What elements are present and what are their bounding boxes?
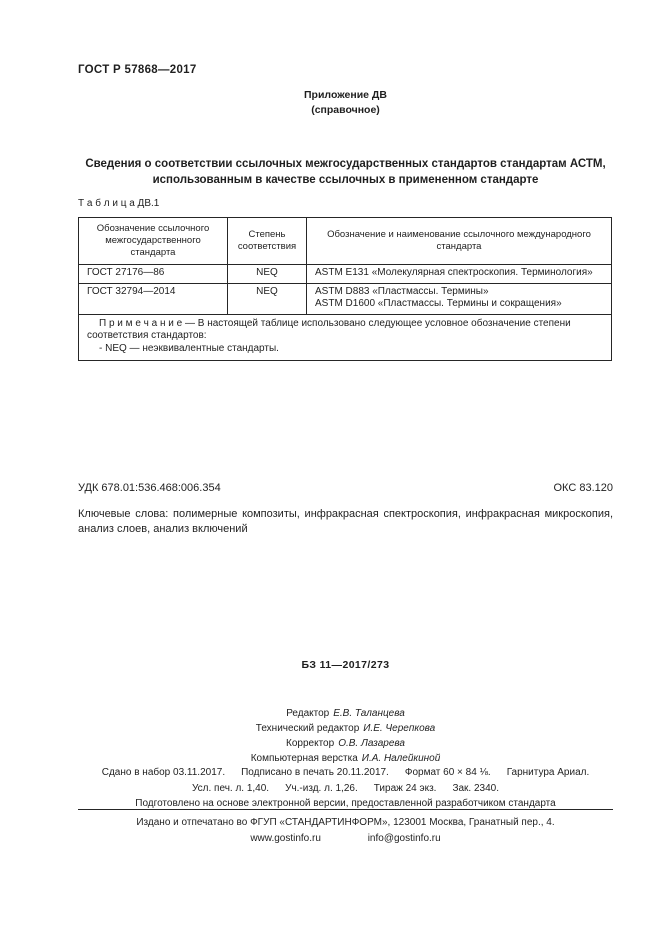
note-intro: П р и м е ч а н и е — В настоящей таблиц…	[87, 318, 603, 343]
oks-code: ОКС 83.120	[554, 482, 614, 494]
credit-line: КорректорО.В. Лазарева	[78, 736, 613, 751]
imprint-order-number: Зак. 2340.	[452, 781, 499, 797]
appendix-label: Приложение ДВ	[78, 88, 613, 103]
imprint-line-2: Усл. печ. л. 1,40.Уч.-изд. л. 1,26.Тираж…	[78, 781, 613, 797]
gost-standard-cell: ГОСТ 32794—2014	[79, 283, 228, 314]
col-header-degree: Степень соответствия	[228, 218, 307, 265]
imprint-line-1: Сдано в набор 03.11.2017.Подписано в печ…	[78, 765, 613, 781]
imprint-pub-sheets: Уч.-изд. л. 1,26.	[285, 781, 358, 797]
document-page: ГОСТ Р 57868—2017 Приложение ДВ (справоч…	[0, 0, 661, 936]
classification-row: УДК 678.01:536.468:006.354 ОКС 83.120	[78, 482, 613, 494]
credit-role: Редактор	[286, 708, 329, 719]
credit-name: О.В. Лазарева	[338, 738, 405, 749]
credit-name: И.Е. Черепкова	[363, 723, 435, 734]
email: info@gostinfo.ru	[368, 833, 441, 844]
astm-standard-cell: ASTM D883 «Пластмассы. Термины» ASTM D16…	[307, 283, 612, 314]
table-header-row: Обозначение ссылочного межгосударственно…	[79, 218, 612, 265]
astm-standard-cell: ASTM E131 «Молекулярная спектроскопия. Т…	[307, 265, 612, 284]
table-note-row: П р и м е ч а н и е — В настоящей таблиц…	[79, 314, 612, 361]
table-caption: Т а б л и ц а ДВ.1	[78, 198, 159, 209]
credit-role: Корректор	[286, 738, 334, 749]
imprint-circulation: Тираж 24 экз.	[374, 781, 437, 797]
publisher-line: Издано и отпечатано во ФГУП «СТАНДАРТИНФ…	[78, 817, 613, 828]
astm-entry: ASTM E131 «Молекулярная спектроскопия. Т…	[315, 267, 603, 280]
col-header-international-standard: Обозначение и наименование ссылочного ме…	[307, 218, 612, 265]
credit-name: Е.В. Таланцева	[333, 708, 405, 719]
bz-number: БЗ 11—2017/273	[78, 659, 613, 671]
credit-line: Технический редакторИ.Е. Черепкова	[78, 721, 613, 736]
section-title: Сведения о соответствии ссылочных межгос…	[78, 156, 613, 188]
imprint-typeset-date: Сдано в набор 03.11.2017.	[102, 765, 225, 781]
degree-cell: NEQ	[228, 283, 307, 314]
imprint-block: Сдано в набор 03.11.2017.Подписано в печ…	[78, 765, 613, 812]
website: www.gostinfo.ru	[250, 833, 321, 844]
credit-role: Технический редактор	[256, 723, 359, 734]
imprint-typeface: Гарнитура Ариал.	[507, 765, 590, 781]
credit-name: И.А. Налейкиной	[362, 753, 441, 764]
degree-cell: NEQ	[228, 265, 307, 284]
credit-role: Компьютерная верстка	[251, 753, 358, 764]
gost-standard-cell: ГОСТ 27176—86	[79, 265, 228, 284]
standard-number: ГОСТ Р 57868—2017	[78, 64, 197, 76]
imprint-format: Формат 60 × 84 ⅛.	[405, 765, 491, 781]
divider-line	[78, 809, 613, 810]
astm-entry: ASTM D1600 «Пластмассы. Термины и сокращ…	[315, 298, 603, 311]
col-header-gost-standard: Обозначение ссылочного межгосударственно…	[79, 218, 228, 265]
keywords-paragraph: Ключевые слова: полимерные композиты, ин…	[78, 507, 613, 537]
table-row: ГОСТ 27176—86 NEQ ASTM E131 «Молекулярна…	[79, 265, 612, 284]
correspondence-table: Обозначение ссылочного межгосударственно…	[78, 217, 612, 361]
astm-entry: ASTM D883 «Пластмассы. Термины»	[315, 286, 603, 299]
credits-block: РедакторЕ.В. Таланцева Технический редак…	[78, 706, 613, 766]
credit-line: Компьютерная версткаИ.А. Налейкиной	[78, 751, 613, 766]
appendix-type: (справочное)	[78, 103, 613, 118]
imprint-print-sheets: Усл. печ. л. 1,40.	[192, 781, 269, 797]
imprint-print-date: Подписано в печать 20.11.2017.	[241, 765, 389, 781]
table-note: П р и м е ч а н и е — В настоящей таблиц…	[79, 314, 612, 361]
note-item: - NEQ — неэквивалентные стандарты.	[87, 343, 603, 356]
table-row: ГОСТ 32794—2014 NEQ ASTM D883 «Пластмасс…	[79, 283, 612, 314]
appendix-heading: Приложение ДВ (справочное)	[78, 88, 613, 118]
credit-line: РедакторЕ.В. Таланцева	[78, 706, 613, 721]
udk-code: УДК 678.01:536.468:006.354	[78, 482, 221, 494]
contacts-line: www.gostinfo.ru info@gostinfo.ru	[78, 833, 613, 844]
